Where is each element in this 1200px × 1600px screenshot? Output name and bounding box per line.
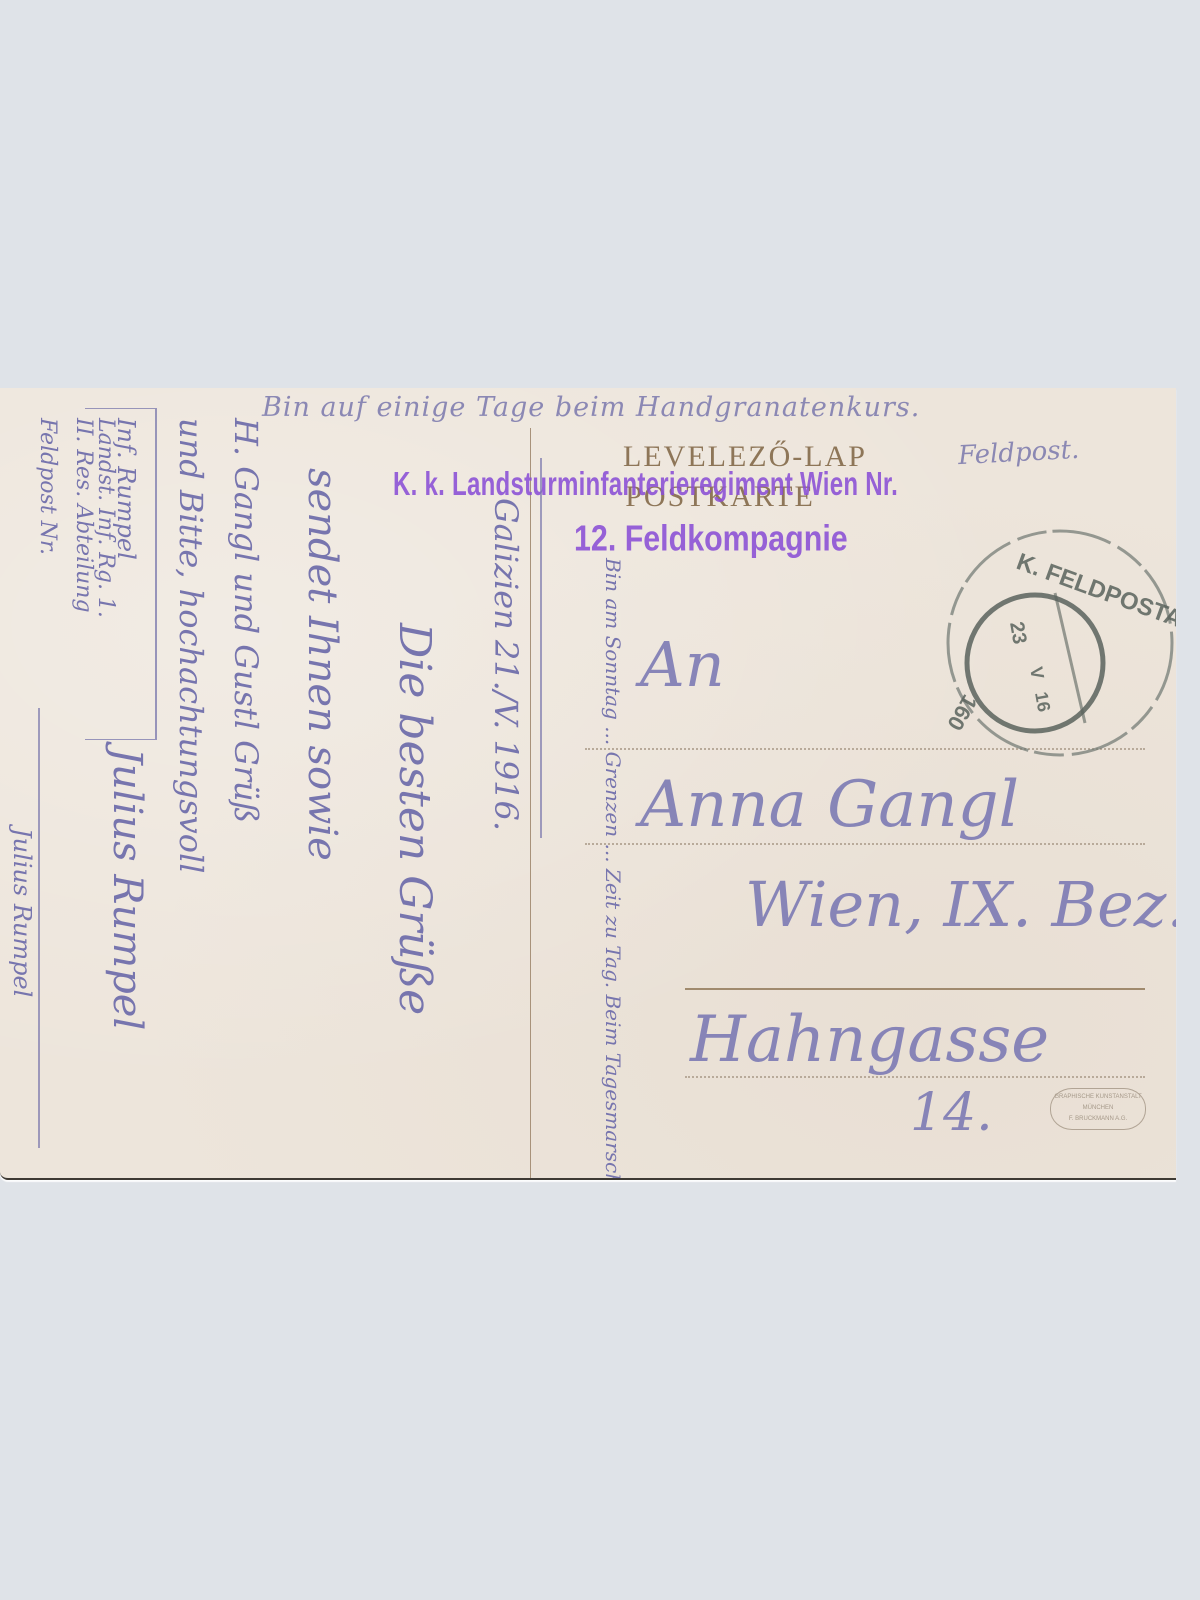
unit-stamp-line1: K. k. Landsturminfanterieregiment Wien N… <box>393 466 898 504</box>
left-margin-rule <box>38 708 40 1148</box>
postscript-vertical: Bin am Sonntag ... Grenzen ... Zeit zu T… <box>601 558 625 1180</box>
message-line-2: sendet Ihnen sowie <box>299 468 345 861</box>
handwritten-feldpost-note: Feldpost. <box>957 435 1080 471</box>
message-line-5-signature: Julius Rumpel <box>104 748 150 1030</box>
printer-mark-line-1: GRAPHISCHE KUNSTANSTALT <box>1051 1092 1145 1103</box>
sender-signature-vertical: Julius Rumpel <box>8 828 36 997</box>
printer-mark: GRAPHISCHE KUNSTANSTALT MÜNCHEN F. BRUCK… <box>1050 1088 1146 1130</box>
address-city: Wien, IX. Bez. <box>745 868 1176 941</box>
postmark-month: V <box>1026 665 1048 680</box>
printer-mark-line-3: F. BRUCKMANN A.G. <box>1051 1114 1145 1125</box>
sender-box-line-4: Feldpost Nr. <box>35 418 60 555</box>
address-street: Hahngasse <box>690 1003 1049 1077</box>
handwritten-top-line: Bin auf einige Tage beim Handgranatenkur… <box>262 392 920 423</box>
postmark-year: 16 <box>1031 690 1054 713</box>
sender-box-line-2: Landst. Inf. Rg. 1. <box>93 418 118 618</box>
unit-stamp-line2: 12. Feldkompagnie <box>574 518 848 559</box>
address-house-number: 14. <box>910 1083 993 1143</box>
postscript-underline <box>540 458 542 838</box>
sender-box-line-3: II. Res. Abteilung <box>71 418 96 613</box>
message-line-3: H. Gangl und Gustl Grüß <box>227 418 265 823</box>
address-dotted-line-2 <box>585 843 1145 845</box>
address-solid-line <box>685 988 1145 990</box>
printer-mark-line-2: MÜNCHEN <box>1051 1103 1145 1114</box>
feldpost-postmark-icon: K. FELDPOSTAMT 160 23 V 16 <box>935 513 1176 763</box>
message-line-1: Die besten Grüße <box>389 623 440 1015</box>
postcard: Bin auf einige Tage beim Handgranatenkur… <box>0 388 1176 1180</box>
postmark-day: 23 <box>1005 620 1031 646</box>
address-salutation: An <box>640 628 725 701</box>
date-line: Galizien 21./V. 1916. <box>487 498 525 831</box>
center-divider-line <box>530 428 531 1178</box>
message-line-4: und Bitte, hochachtungsvoll <box>172 418 210 873</box>
address-recipient-name: Anna Gangl <box>640 768 1019 842</box>
